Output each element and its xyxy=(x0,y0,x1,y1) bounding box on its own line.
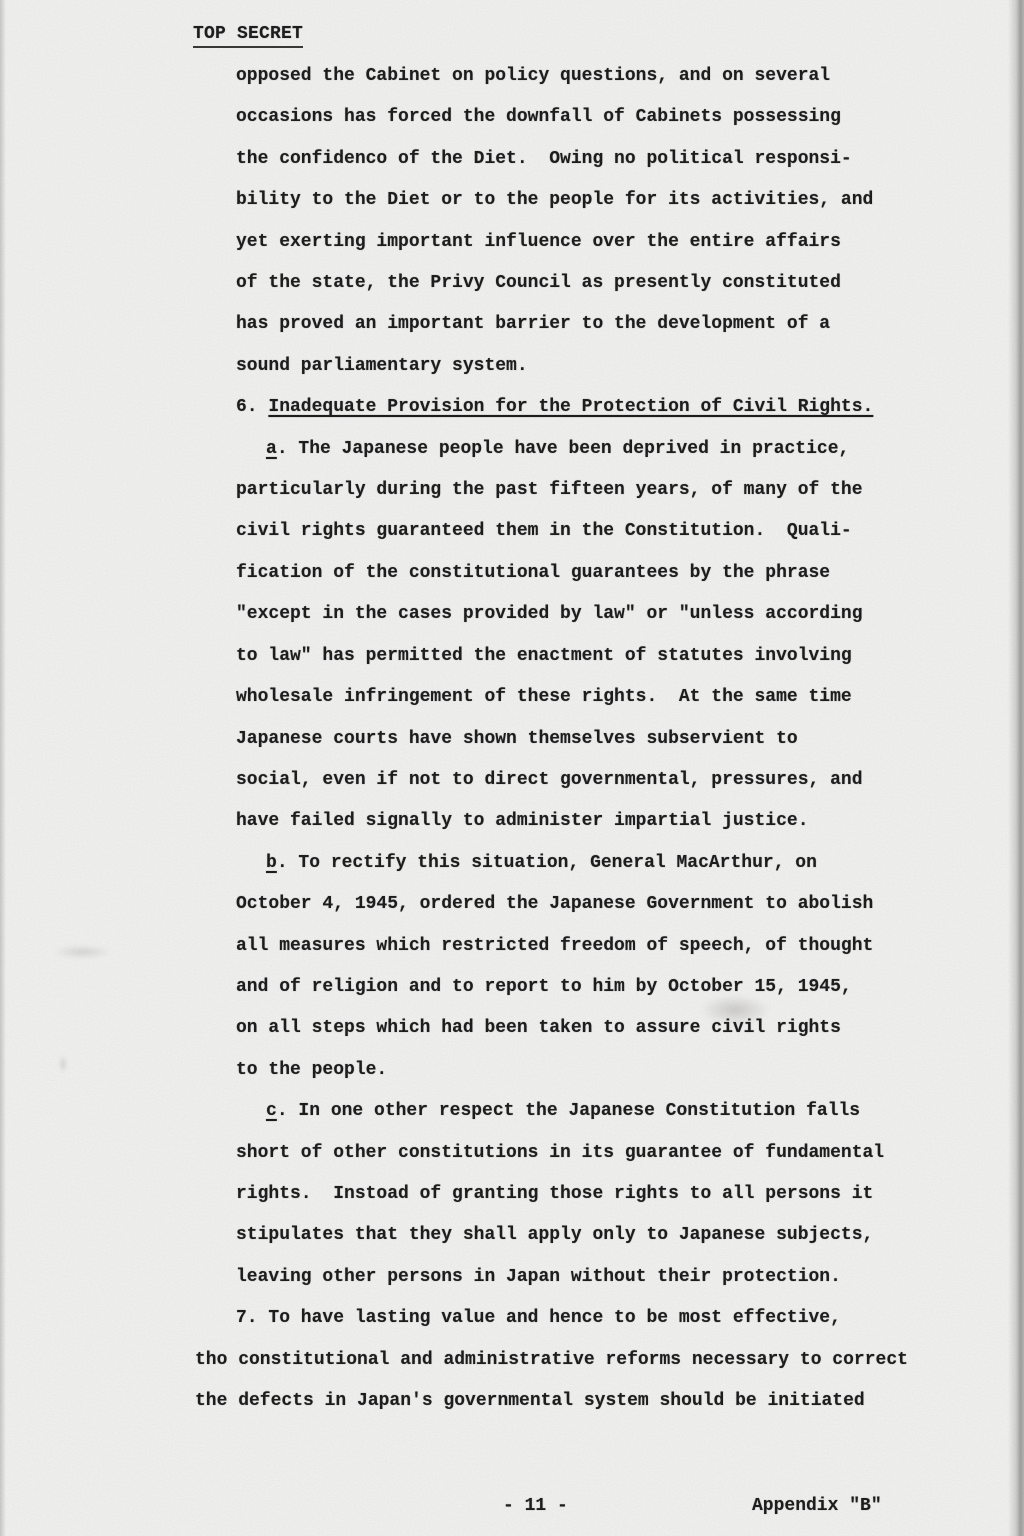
document-line: leaving other persons in Japan without t… xyxy=(236,1257,1024,1298)
document-line: yet exerting important influence over th… xyxy=(236,222,1024,263)
document-line: 7. To have lasting value and hence to be… xyxy=(236,1298,1024,1339)
document-line: wholesale infringement of these rights. … xyxy=(236,677,1024,718)
document-line: bility to the Diet or to the people for … xyxy=(236,180,1024,221)
page-number: - 11 - xyxy=(503,1496,568,1516)
document-line: stipulates that they shall apply only to… xyxy=(236,1215,1024,1256)
document-line: b. To rectify this situation, General Ma… xyxy=(266,843,1024,884)
document-line: the defects in Japan's governmental syst… xyxy=(195,1381,1024,1422)
document-line: of the state, the Privy Council as prese… xyxy=(236,263,1024,304)
document-line: tho constitutional and administrative re… xyxy=(195,1340,1024,1381)
document-line: opposed the Cabinet on policy questions,… xyxy=(236,56,1024,97)
document-line: have failed signally to administer impar… xyxy=(236,801,1024,842)
document-line: Japanese courts have shown themselves su… xyxy=(236,719,1024,760)
document-line: has proved an important barrier to the d… xyxy=(236,304,1024,345)
document-line: to law" has permitted the enactment of s… xyxy=(236,636,1024,677)
document-line: to the people. xyxy=(236,1050,1024,1091)
document-line: 6. Inadequate Provision for the Protecti… xyxy=(236,387,1024,428)
document-line: "except in the cases provided by law" or… xyxy=(236,594,1024,635)
document-line: fication of the constitutional guarantee… xyxy=(236,553,1024,594)
document-line: all measures which restricted freedom of… xyxy=(236,926,1024,967)
document-line: October 4, 1945, ordered the Japanese Go… xyxy=(236,884,1024,925)
document-line: rights. Instoad of granting those rights… xyxy=(236,1174,1024,1215)
document-line: on all steps which had been taken to ass… xyxy=(236,1008,1024,1049)
document-line: c. In one other respect the Japanese Con… xyxy=(266,1091,1024,1132)
document-line: civil rights guaranteed them in the Cons… xyxy=(236,511,1024,552)
document-body: opposed the Cabinet on policy questions,… xyxy=(0,56,1024,1422)
document-line: social, even if not to direct government… xyxy=(236,760,1024,801)
document-line: sound parliamentary system. xyxy=(236,346,1024,387)
document-line: short of other constitutions in its guar… xyxy=(236,1133,1024,1174)
document-line: particularly during the past fifteen yea… xyxy=(236,470,1024,511)
appendix-label: Appendix "B" xyxy=(752,1496,882,1516)
classification-header: TOP SECRET xyxy=(193,24,303,48)
document-line: and of religion and to report to him by … xyxy=(236,967,1024,1008)
scanned-document-page: TOP SECRET opposed the Cabinet on policy… xyxy=(0,0,1024,1536)
document-line: occasions has forced the downfall of Cab… xyxy=(236,97,1024,138)
document-line: the confidenco of the Diet. Owing no pol… xyxy=(236,139,1024,180)
document-line: a. The Japanese people have been deprive… xyxy=(266,429,1024,470)
